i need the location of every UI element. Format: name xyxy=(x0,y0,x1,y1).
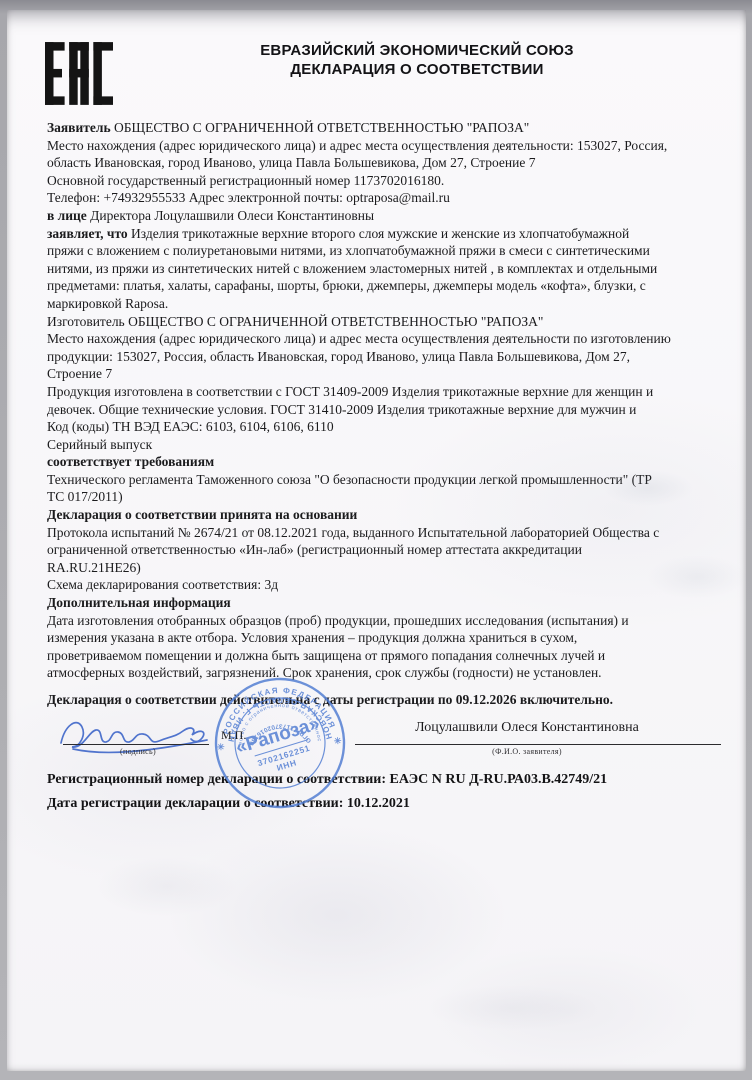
line-text: Дата изготовления отобранных образцов (п… xyxy=(47,613,629,628)
document-line: Схема декларирования соответствия: 3д xyxy=(47,576,727,594)
fio-line xyxy=(355,744,721,745)
document-line: Телефон: +74932955533 Адрес электронной … xyxy=(47,189,727,207)
line-text: нитями, из пряжи из синтетических нитей … xyxy=(47,261,657,276)
union-title: ЕВРАЗИЙСКИЙ ЭКОНОМИЧЕСКИЙ СОЮЗ xyxy=(177,41,657,60)
paper-sheet: ЕВРАЗИЙСКИЙ ЭКОНОМИЧЕСКИЙ СОЮЗ ДЕКЛАРАЦИ… xyxy=(7,10,746,1071)
line-text: продукции: 153027, Россия, область Ивано… xyxy=(47,349,630,364)
document-line: заявляет, что Изделия трикотажные верхни… xyxy=(47,225,727,243)
document-line: пряжи с вложением с полиуретановыми нитя… xyxy=(47,242,727,260)
line-text: Технического регламента Таможенного союз… xyxy=(47,472,652,487)
line-text: Серийный выпуск xyxy=(47,437,152,452)
line-text: RA.RU.21НЕ26) xyxy=(47,560,141,575)
line-text: Основной государственный регистрационный… xyxy=(47,173,444,188)
document-line: Технического регламента Таможенного союз… xyxy=(47,471,727,489)
document-line: Протокола испытаний № 2674/21 от 08.12.2… xyxy=(47,524,727,542)
line-text: Схема декларирования соответствия: 3д xyxy=(47,577,278,592)
document-line: Код (коды) ТН ВЭД ЕАЭС: 6103, 6104, 6106… xyxy=(47,418,727,436)
screenshot-root: { "header": { "logo": "EAC", "union_line… xyxy=(0,0,752,1080)
line-text: Код (коды) ТН ВЭД ЕАЭС: 6103, 6104, 6106… xyxy=(47,419,334,434)
document-line: ограниченной ответственностью «Ин-лаб» (… xyxy=(47,541,727,559)
line-bold-text: в лице xyxy=(47,208,87,223)
applicant-name: Лоцулашвили Олеся Константиновна xyxy=(357,720,697,736)
line-text: девочек. Общие технические условия. ГОСТ… xyxy=(47,402,636,417)
eac-logo-icon xyxy=(45,42,113,105)
line-text: ТС 017/2011) xyxy=(47,489,123,504)
document-line: Строение 7 xyxy=(47,365,727,383)
document-line: атмосферных воздействий, загрязнений. Ср… xyxy=(47,664,727,682)
document-line: Декларация о соответствии действительна … xyxy=(47,691,727,709)
line-text: Телефон: +74932955533 Адрес электронной … xyxy=(47,190,450,205)
line-text: область Ивановская, город Иваново, улица… xyxy=(47,155,535,170)
line-text: Место нахождения (адрес юридического лиц… xyxy=(47,138,667,153)
line-bold-text: заявляет, что xyxy=(47,226,128,241)
company-stamp: РОССИЙСКАЯ ФЕДЕРАЦИЯ ИВАНОВСКАЯ ОБЛАСТЬ … xyxy=(207,670,352,815)
document-line: Продукция изготовлена в соответствии с Г… xyxy=(47,383,727,401)
document-line: Основной государственный регистрационный… xyxy=(47,172,727,190)
document-line: измерения указана в акте отбора. Условия… xyxy=(47,629,727,647)
document-header: ЕВРАЗИЙСКИЙ ЭКОНОМИЧЕСКИЙ СОЮЗ ДЕКЛАРАЦИ… xyxy=(177,41,657,79)
line-text: Изготовитель ОБЩЕСТВО С ОГРАНИЧЕННОЙ ОТВ… xyxy=(47,314,543,329)
line-text: проветриваемом помещении и должна быть з… xyxy=(47,648,605,663)
line-text: пряжи с вложением с полиуретановыми нитя… xyxy=(47,243,650,258)
signature-caption: (подпись) xyxy=(83,747,193,757)
document-line: Изготовитель ОБЩЕСТВО С ОГРАНИЧЕННОЙ ОТВ… xyxy=(47,313,727,331)
line-bold-text: соответствует требованиям xyxy=(47,454,214,469)
document-line: соответствует требованиям xyxy=(47,453,727,471)
document-line: RA.RU.21НЕ26) xyxy=(47,559,727,577)
mp-label: М.П. xyxy=(221,728,246,743)
line-text: Протокола испытаний № 2674/21 от 08.12.2… xyxy=(47,525,659,540)
signature-line xyxy=(63,744,209,745)
line-text: измерения указана в акте отбора. Условия… xyxy=(47,630,577,645)
line-text: Место нахождения (адрес юридического лиц… xyxy=(47,331,671,346)
line-text: Строение 7 xyxy=(47,366,112,381)
line-text: Продукция изготовлена в соответствии с Г… xyxy=(47,384,653,399)
document-line: Место нахождения (адрес юридического лиц… xyxy=(47,137,727,155)
document-line: Заявитель ОБЩЕСТВО С ОГРАНИЧЕННОЙ ОТВЕТС… xyxy=(47,119,727,137)
fio-caption: (Ф.И.О. заявителя) xyxy=(357,747,697,757)
document-line: Дата изготовления отобранных образцов (п… xyxy=(47,612,727,630)
declaration-title: ДЕКЛАРАЦИЯ О СООТВЕТСТВИИ xyxy=(177,60,657,79)
line-text: предметами: платья, халаты, сарафаны, шо… xyxy=(47,278,646,293)
document-line: Место нахождения (адрес юридического лиц… xyxy=(47,330,727,348)
document-line: в лице Директора Лоцулашвили Олеси Конст… xyxy=(47,207,727,225)
line-text: Изделия трикотажные верхние второго слоя… xyxy=(128,226,630,241)
document-body: Заявитель ОБЩЕСТВО С ОГРАНИЧЕННОЙ ОТВЕТС… xyxy=(47,119,727,709)
document-line: Серийный выпуск xyxy=(47,436,727,454)
document-line: ТС 017/2011) xyxy=(47,488,727,506)
document-line: проветриваемом помещении и должна быть з… xyxy=(47,647,727,665)
line-bold-text: Заявитель xyxy=(47,120,111,135)
document-line: Декларация о соответствии принята на осн… xyxy=(47,506,727,524)
document-line: Дополнительная информация xyxy=(47,594,727,612)
line-text: Директора Лоцулашвили Олеси Константинов… xyxy=(87,208,374,223)
stamp-star-left: ✳ xyxy=(217,742,226,752)
document-line: маркировкой Raposa. xyxy=(47,295,727,313)
stamp-star-right: ✳ xyxy=(334,736,343,746)
line-bold-text: Декларация о соответствии принята на осн… xyxy=(47,507,357,522)
document-line: нитями, из пряжи из синтетических нитей … xyxy=(47,260,727,278)
line-text: маркировкой Raposa. xyxy=(47,296,168,311)
scan-smudge xyxy=(97,856,237,916)
scan-smudge xyxy=(427,985,597,1031)
document-line: предметами: платья, халаты, сарафаны, шо… xyxy=(47,277,727,295)
line-text: ОБЩЕСТВО С ОГРАНИЧЕННОЙ ОТВЕТСТВЕННОСТЬЮ… xyxy=(111,120,530,135)
document-line: область Ивановская, город Иваново, улица… xyxy=(47,154,727,172)
document-line: продукции: 153027, Россия, область Ивано… xyxy=(47,348,727,366)
document-line: девочек. Общие технические условия. ГОСТ… xyxy=(47,401,727,419)
line-bold-text: Дополнительная информация xyxy=(47,595,231,610)
line-text: ограниченной ответственностью «Ин-лаб» (… xyxy=(47,542,582,557)
